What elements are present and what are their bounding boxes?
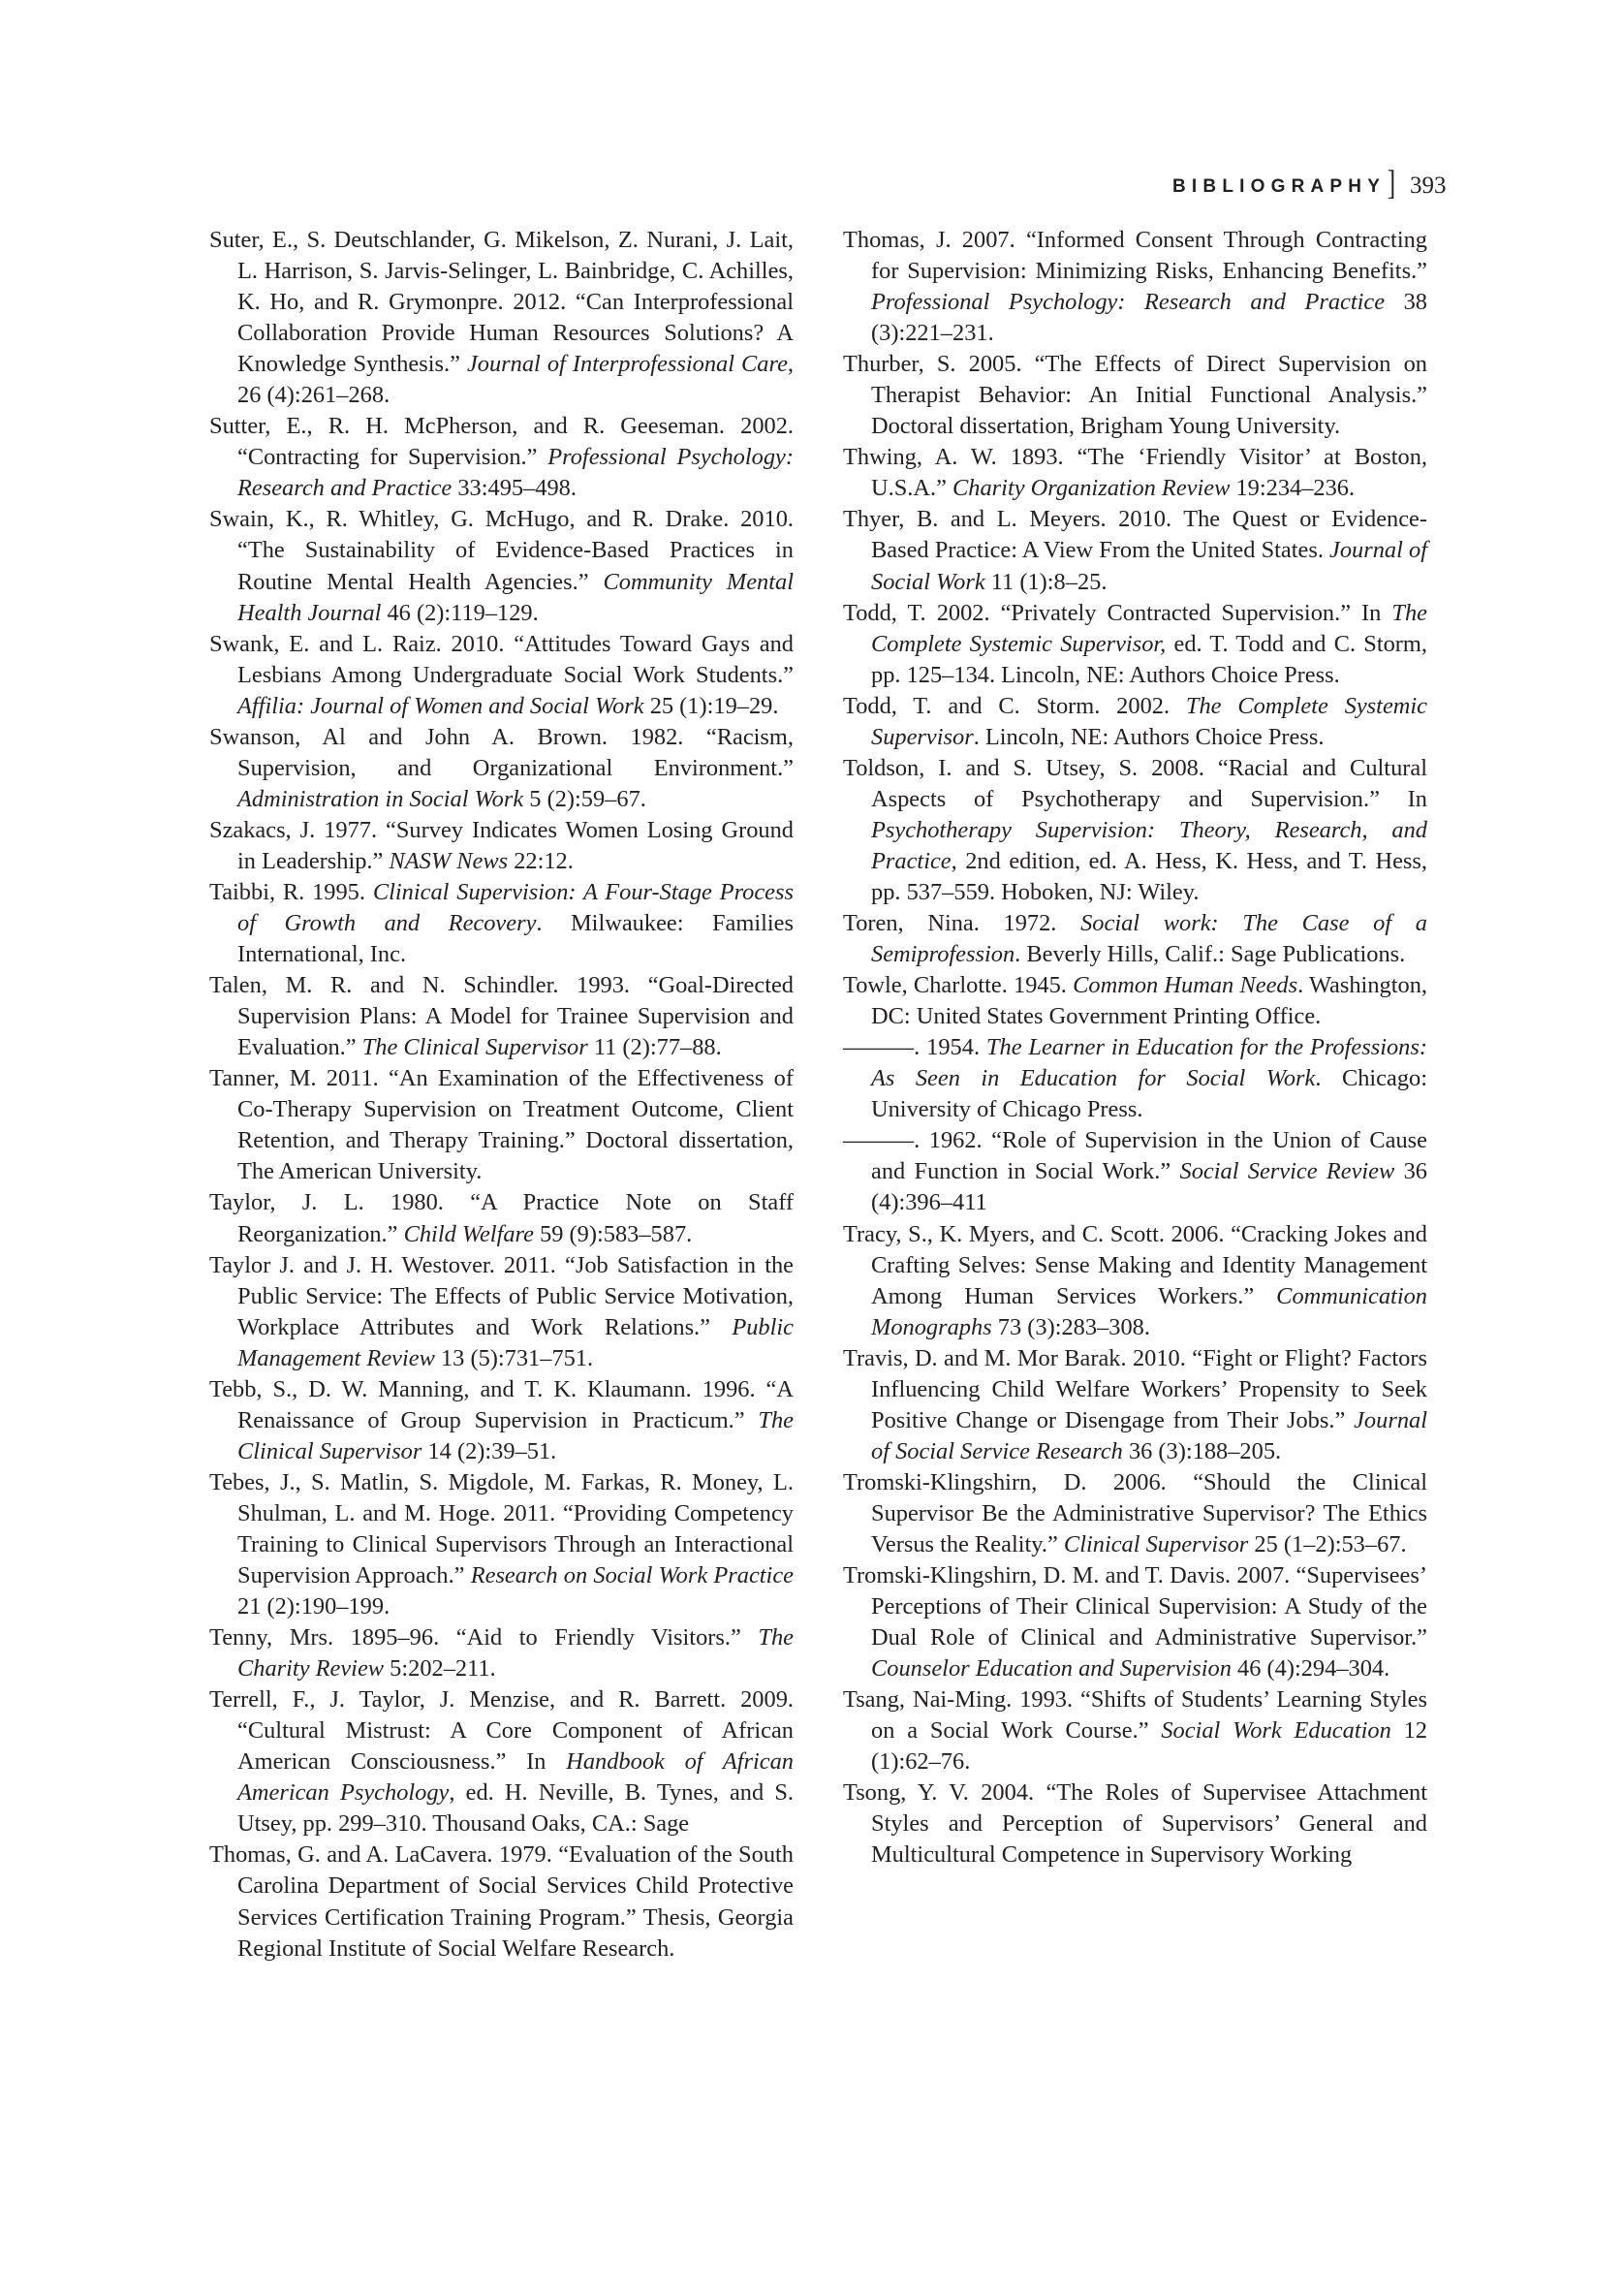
entry-title-italic: Journal of Interprofessional Care, (467, 351, 794, 377)
bibliography-entry: Thwing, A. W. 1893. “The ‘Friendly Visit… (843, 442, 1427, 504)
entry-text: Thomas, G. and A. LaCavera. 1979. “Evalu… (209, 1841, 794, 1961)
bibliography-column-left: Suter, E., S. Deutschlander, G. Mikelson… (209, 225, 794, 1965)
bibliography-entry: ———. 1954. The Learner in Education for … (843, 1032, 1427, 1125)
bibliography-entry: Swanson, Al and John A. Brown. 1982. “Ra… (209, 722, 794, 815)
entry-text: 5:202–211. (384, 1655, 496, 1682)
page-number: 393 (1410, 173, 1447, 200)
entry-title-italic: Common Human Needs (1073, 972, 1297, 998)
entry-text: Swank, E. and L. Raiz. 2010. “Attitudes … (209, 631, 794, 688)
entry-text: 21 (2):190–199. (237, 1593, 390, 1620)
entry-text: 5 (2):59–67. (523, 786, 646, 812)
entry-text: Thomas, J. 2007. “Informed Consent Throu… (843, 227, 1427, 284)
entry-title-italic: Administration in Social Work (237, 786, 523, 812)
bibliography-entry: Tanner, M. 2011. “An Examination of the … (209, 1063, 794, 1187)
entry-text: Towle, Charlotte. 1945. (843, 972, 1073, 998)
entry-text: Thurber, S. 2005. “The Effects of Direct… (843, 351, 1427, 439)
entry-text: Tanner, M. 2011. “An Examination of the … (209, 1065, 794, 1184)
bibliography-entry: Szakacs, J. 1977. “Survey Indicates Wome… (209, 815, 794, 877)
entry-title-italic: Social Service Review (1180, 1158, 1395, 1184)
bibliography-entry: Toldson, I. and S. Utsey, S. 2008. “Raci… (843, 753, 1427, 908)
entry-text: 19:234–236. (1230, 475, 1355, 501)
entry-text: 59 (9):583–587. (534, 1221, 692, 1247)
entry-text: 11 (1):8–25. (985, 569, 1108, 595)
entry-text: 25 (1–2):53–67. (1248, 1531, 1406, 1557)
entry-title-italic: Affilia: Journal of Women and Social Wor… (237, 693, 644, 719)
bibliography-entry: Sutter, E., R. H. McPherson, and R. Gees… (209, 411, 794, 504)
entry-text: 73 (3):283–308. (992, 1314, 1150, 1340)
entry-text: Taibbi, R. 1995. (209, 879, 373, 905)
entry-title-italic: Research on Social Work Practice (471, 1562, 794, 1588)
entry-text: 22:12. (508, 848, 574, 874)
entry-title-italic: Social Work Education (1161, 1717, 1390, 1744)
entry-text: 46 (2):119–129. (381, 600, 538, 626)
entry-text: 25 (1):19–29. (644, 693, 779, 719)
bibliography-entry: Thomas, J. 2007. “Informed Consent Throu… (843, 225, 1427, 349)
bibliography-entry: Taylor, J. L. 1980. “A Practice Note on … (209, 1187, 794, 1249)
entry-text: Taylor J. and J. H. Westover. 2011. “Job… (209, 1252, 794, 1340)
entry-text: Travis, D. and M. Mor Barak. 2010. “Figh… (843, 1345, 1427, 1433)
bibliography-entry: Thurber, S. 2005. “The Effects of Direct… (843, 349, 1427, 442)
entry-text: 13 (5):731–751. (435, 1345, 593, 1371)
entry-text: Toldson, I. and S. Utsey, S. 2008. “Raci… (843, 755, 1427, 812)
bibliography-entry: Towle, Charlotte. 1945. Common Human Nee… (843, 970, 1427, 1032)
entry-text: Todd, T. 2002. “Privately Contracted Sup… (843, 600, 1391, 626)
entry-text: 46 (4):294–304. (1232, 1655, 1389, 1682)
entry-text: 26 (4):261–268. (237, 382, 390, 408)
bibliography-entry: Suter, E., S. Deutschlander, G. Mikelson… (209, 225, 794, 411)
bibliography-entry: Swank, E. and L. Raiz. 2010. “Attitudes … (209, 629, 794, 722)
entry-text: Toren, Nina. 1972. (843, 910, 1080, 936)
entry-title-italic: Charity Organization Review (952, 475, 1230, 501)
entry-text: Tenny, Mrs. 1895–96. “Aid to Friendly Vi… (209, 1624, 758, 1651)
bibliography-entry: Terrell, F., J. Taylor, J. Menzise, and … (209, 1684, 794, 1840)
running-header: BIBLIOGRAPHY ] 393 (1066, 169, 1608, 207)
bibliography-entry: ———. 1962. “Role of Supervision in the U… (843, 1125, 1427, 1218)
bibliography-entry: Taibbi, R. 1995. Clinical Supervision: A… (209, 877, 794, 970)
entry-title-italic: NASW News (389, 848, 508, 874)
bibliography-entry: Talen, M. R. and N. Schindler. 1993. “Go… (209, 970, 794, 1063)
bibliography-entry: Todd, T. and C. Storm. 2002. The Complet… (843, 691, 1427, 753)
bibliography-entry: Tromski-Klingshirn, D. M. and T. Davis. … (843, 1560, 1427, 1684)
entry-text: . Lincoln, NE: Authors Choice Press. (974, 724, 1325, 750)
bibliography-entry: Todd, T. 2002. “Privately Contracted Sup… (843, 598, 1427, 691)
bibliography-entry: Tenny, Mrs. 1895–96. “Aid to Friendly Vi… (209, 1622, 794, 1684)
entry-title-italic: Clinical Supervisor (1064, 1531, 1248, 1557)
bibliography-entry: Thyer, B. and L. Meyers. 2010. The Quest… (843, 504, 1427, 597)
entry-text: Swanson, Al and John A. Brown. 1982. “Ra… (209, 724, 794, 781)
entry-text: . Beverly Hills, Calif.: Sage Publicatio… (1014, 941, 1405, 967)
bibliography-column-right: Thomas, J. 2007. “Informed Consent Throu… (843, 225, 1427, 1871)
entry-text: 33:495–498. (452, 475, 577, 501)
bibliography-entry: Taylor J. and J. H. Westover. 2011. “Job… (209, 1250, 794, 1374)
bibliography-entry: Tsong, Y. V. 2004. “The Roles of Supervi… (843, 1777, 1427, 1871)
entry-text: Tsong, Y. V. 2004. “The Roles of Supervi… (843, 1779, 1427, 1868)
bibliography-entry: Swain, K., R. Whitley, G. McHugo, and R.… (209, 504, 794, 628)
entry-text: 36 (3):188–205. (1123, 1438, 1281, 1464)
entry-text: Todd, T. and C. Storm. 2002. (843, 693, 1186, 719)
entry-text: Tebb, S., D. W. Manning, and T. K. Klaum… (209, 1376, 794, 1433)
entry-title-italic: Professional Psychology: Research and Pr… (871, 289, 1385, 315)
bibliography-entry: Tebb, S., D. W. Manning, and T. K. Klaum… (209, 1374, 794, 1467)
running-title: BIBLIOGRAPHY (1172, 176, 1386, 198)
bibliography-entry: Thomas, G. and A. LaCavera. 1979. “Evalu… (209, 1840, 794, 1964)
entry-text: ———. 1954. (843, 1034, 986, 1060)
bibliography-entry: Tsang, Nai-Ming. 1993. “Shifts of Studen… (843, 1684, 1427, 1777)
entry-text: 14 (2):39–51. (421, 1438, 556, 1464)
entry-title-italic: Child Welfare (404, 1221, 534, 1247)
entry-title-italic: The Clinical Supervisor (362, 1034, 588, 1060)
bibliography-entry: Tebes, J., S. Matlin, S. Migdole, M. Far… (209, 1467, 794, 1622)
bibliography-entry: Tracy, S., K. Myers, and C. Scott. 2006.… (843, 1219, 1427, 1343)
bibliography-entry: Travis, D. and M. Mor Barak. 2010. “Figh… (843, 1343, 1427, 1467)
entry-title-italic: Counselor Education and Supervision (871, 1655, 1232, 1682)
bibliography-entry: Toren, Nina. 1972. Social work: The Case… (843, 908, 1427, 970)
entry-text: Tromski-Klingshirn, D. M. and T. Davis. … (843, 1562, 1427, 1651)
header-bracket-ornament: ] (1388, 165, 1395, 200)
bibliography-entry: Tromski-Klingshirn, D. 2006. “Should the… (843, 1467, 1427, 1560)
entry-text: 11 (2):77–88. (588, 1034, 722, 1060)
